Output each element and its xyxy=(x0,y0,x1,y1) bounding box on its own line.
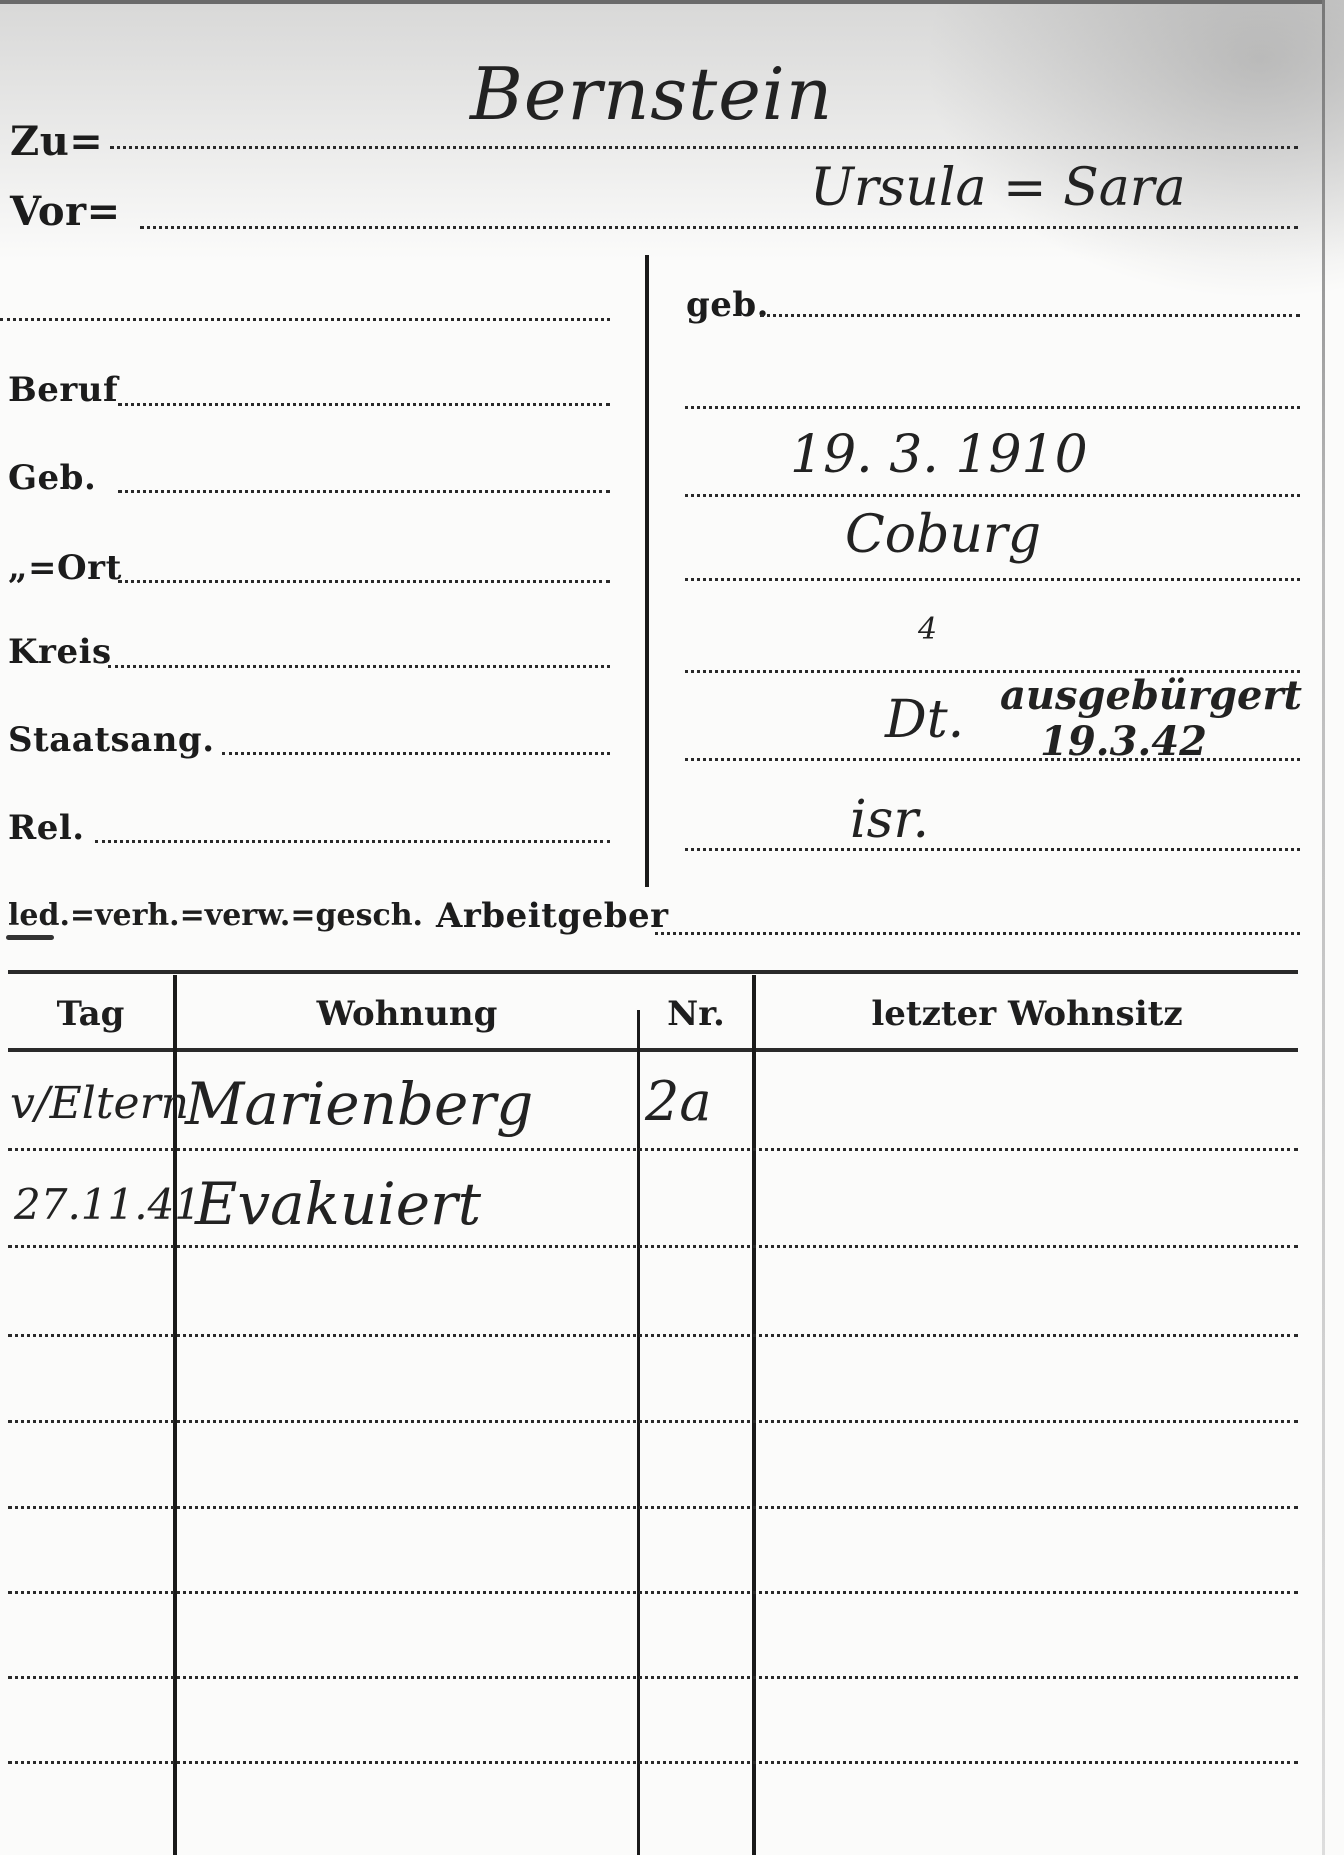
table-row-line-7 xyxy=(8,1676,1298,1679)
marital-option-geschieden[interactable]: gesch. xyxy=(316,898,423,933)
row2-tag[interactable]: 27.11.41 xyxy=(14,1180,201,1229)
given-name-value[interactable]: Ursula = Sara xyxy=(810,158,1186,218)
table-top-rule xyxy=(8,970,1298,974)
rel-dotted-line xyxy=(95,840,610,843)
birth-place-value[interactable]: Coburg xyxy=(845,505,1041,565)
right-dotted-line-3 xyxy=(685,494,1300,497)
surname-dotted-line xyxy=(110,146,1298,149)
expatriated-date[interactable]: 19.3.42 xyxy=(1040,718,1207,765)
given-name-label: Vor= xyxy=(10,188,121,235)
table-row-line-4 xyxy=(8,1420,1298,1423)
row1-nr[interactable]: 2a xyxy=(645,1070,712,1133)
beruf-label: Beruf xyxy=(8,370,118,410)
col-header-tag: Tag xyxy=(8,994,173,1034)
geb-label: Geb. xyxy=(8,458,96,498)
marital-option-ledig[interactable]: led. xyxy=(8,898,70,933)
col-header-nr: Nr. xyxy=(640,994,752,1034)
ort-label: „=Ort xyxy=(8,548,122,588)
table-col-divider-2 xyxy=(637,1010,640,1855)
right-dotted-line-6 xyxy=(685,758,1300,761)
kreis-dotted-line xyxy=(108,665,610,668)
nationality-value[interactable]: Dt. xyxy=(885,690,964,750)
marital-option-verwitwet[interactable]: verw. xyxy=(205,898,291,933)
kreis-label: Kreis xyxy=(8,632,112,672)
ort-dotted-line xyxy=(118,580,610,583)
table-row-line-2 xyxy=(8,1245,1298,1248)
employer-dotted-line xyxy=(655,932,1300,935)
table-row-line-5 xyxy=(8,1506,1298,1509)
card-top-edge xyxy=(0,0,1325,4)
right-dotted-line-2 xyxy=(685,406,1300,409)
table-row-line-6 xyxy=(8,1591,1298,1594)
table-row-line-1 xyxy=(8,1148,1298,1151)
col-header-letzter-wohnsitz: letzter Wohnsitz xyxy=(756,994,1298,1034)
paper-texture-corner xyxy=(924,0,1344,300)
employer-label: Arbeitgeber xyxy=(436,896,669,936)
table-row-line-8 xyxy=(8,1761,1298,1764)
card-right-edge xyxy=(1322,0,1325,1855)
kreis-value[interactable]: 4 xyxy=(918,612,937,647)
row2-wohnung[interactable]: Evakuiert xyxy=(195,1170,481,1238)
expatriated-annotation[interactable]: ausgebürgert xyxy=(1000,672,1302,719)
marital-status-row: led.=verh.=verw.=gesch. xyxy=(8,898,423,933)
beruf-dotted-line xyxy=(118,403,610,406)
col-header-wohnung: Wohnung xyxy=(177,994,637,1034)
religion-value[interactable]: isr. xyxy=(850,790,929,850)
geb-right-label: geb. xyxy=(686,285,769,325)
right-dotted-line-7 xyxy=(685,848,1300,851)
birth-date-value[interactable]: 19. 3. 1910 xyxy=(790,425,1088,485)
table-row-line-3 xyxy=(8,1334,1298,1337)
rel-label: Rel. xyxy=(8,808,85,848)
staatsang-label: Staatsang. xyxy=(8,720,215,760)
marital-selected-underline xyxy=(6,935,54,940)
table-col-divider-3 xyxy=(752,975,756,1855)
row1-wohnung[interactable]: Marienberg xyxy=(185,1070,533,1138)
row1-tag[interactable]: v/Eltern xyxy=(10,1078,189,1129)
given-name-dotted-line xyxy=(140,226,1298,229)
section-divider-vertical xyxy=(645,255,649,887)
surname-value[interactable]: Bernstein xyxy=(470,52,833,136)
staatsang-dotted-line xyxy=(222,752,610,755)
surname-label: Zu= xyxy=(10,118,103,165)
geb-right-dotted-line xyxy=(760,314,1300,317)
marital-option-verheiratet[interactable]: verh. xyxy=(95,898,180,933)
table-header-rule xyxy=(8,1048,1298,1052)
blank-left-dotted-line xyxy=(0,318,610,321)
right-dotted-line-4 xyxy=(685,578,1300,581)
geb-dotted-line xyxy=(118,490,610,493)
